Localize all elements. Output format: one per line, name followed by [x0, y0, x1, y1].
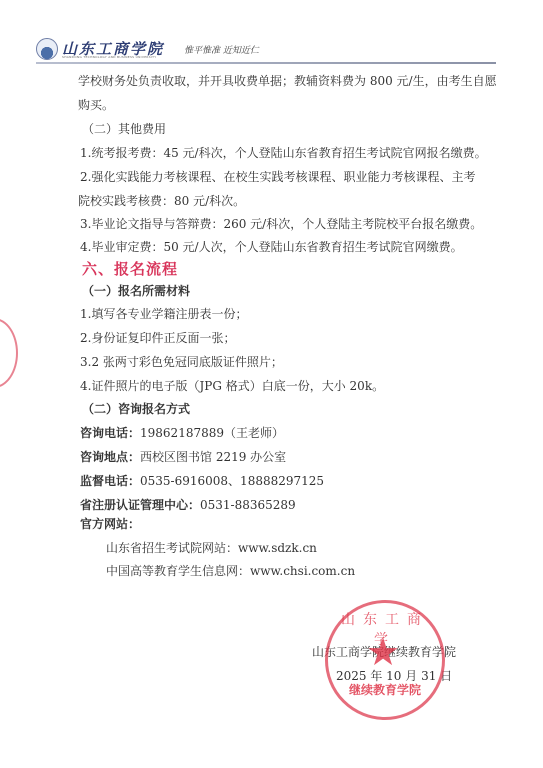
- website-link-chsi[interactable]: 中国高等教育学生信息网：www.chsi.com.cn: [106, 563, 355, 579]
- letterhead: 山东工商学院 SHANDONG TECHNOLOGY AND BUSINESS …: [36, 38, 506, 62]
- paragraph-line: 学校财务处负责收取，并开具收费单据；教辅资料费为 800 元/生，由考生自愿: [78, 73, 497, 89]
- school-logo-icon: [36, 38, 58, 60]
- contact-value: 19862187889（王老师）: [140, 426, 284, 440]
- signature-org: 山东工商学院继续教育学院: [312, 643, 456, 660]
- section-title: 六、报名流程: [82, 258, 178, 279]
- websites-heading: 官方网站：: [80, 516, 140, 532]
- fee-item: 1.统考报考费：45 元/科次，个人登陆山东省教育招生考试院官网报名缴费。: [80, 145, 487, 161]
- signature-date: 2025 年 10 月 31 日: [336, 667, 452, 684]
- material-item: 2.身份证复印件正反面一张；: [80, 330, 235, 346]
- provincial-center-phone: 省注册认证管理中心：0531-88365289: [80, 497, 296, 513]
- subheading-materials: （一）报名所需材料: [82, 283, 190, 299]
- paragraph-line: 购买。: [78, 97, 114, 113]
- official-seal: 山东工商学 ★ 继续教育学院: [325, 600, 445, 720]
- subheading-contact: （二）咨询报名方式: [82, 401, 190, 417]
- fee-item: 院校实践考核费：80 元/科次。: [78, 193, 245, 209]
- contact-value: 0531-88365289: [200, 498, 296, 512]
- fee-item: 2.强化实践能力考核课程、在校生实践考核课程、职业能力考核课程、主考: [80, 169, 475, 185]
- fee-item: 4.毕业审定费：50 元/人次，个人登陆山东省教育招生考试院官网缴费。: [80, 239, 463, 255]
- contact-label: 咨询电话：: [80, 426, 140, 440]
- material-item: 3.2 张两寸彩色免冠同底版证件照片；: [80, 354, 283, 370]
- contact-value: 0535-6916008、18888297125: [140, 474, 324, 488]
- school-motto: 惟平惟准 近知近仁: [184, 43, 259, 56]
- material-item: 1.填写各专业学籍注册表一份；: [80, 306, 247, 322]
- contact-label: 省注册认证管理中心：: [80, 498, 200, 512]
- website-link-sdzk[interactable]: 山东省招生考试院网站：www.sdzk.cn: [106, 540, 317, 556]
- subheading-other-fees: （二）其他费用: [82, 121, 166, 137]
- header-divider: [36, 62, 496, 64]
- supervision-phone: 监督电话：0535-6916008、18888297125: [80, 473, 324, 489]
- contact-phone: 咨询电话：19862187889（王老师）: [80, 425, 284, 441]
- contact-value: 西校区图书馆 2219 办公室: [140, 450, 286, 464]
- school-name-english: SHANDONG TECHNOLOGY AND BUSINESS UNIVERS…: [62, 55, 156, 59]
- contact-location: 咨询地点：西校区图书馆 2219 办公室: [80, 449, 286, 465]
- contact-label: 监督电话：: [80, 474, 140, 488]
- material-item: 4.证件照片的电子版（JPG 格式）白底一份，大小 20k。: [80, 378, 384, 394]
- edge-seal-mark: [0, 318, 18, 388]
- fee-item: 3.毕业论文指导与答辩费：260 元/科次，个人登陆主考院校平台报名缴费。: [80, 216, 482, 232]
- contact-label: 咨询地点：: [80, 450, 140, 464]
